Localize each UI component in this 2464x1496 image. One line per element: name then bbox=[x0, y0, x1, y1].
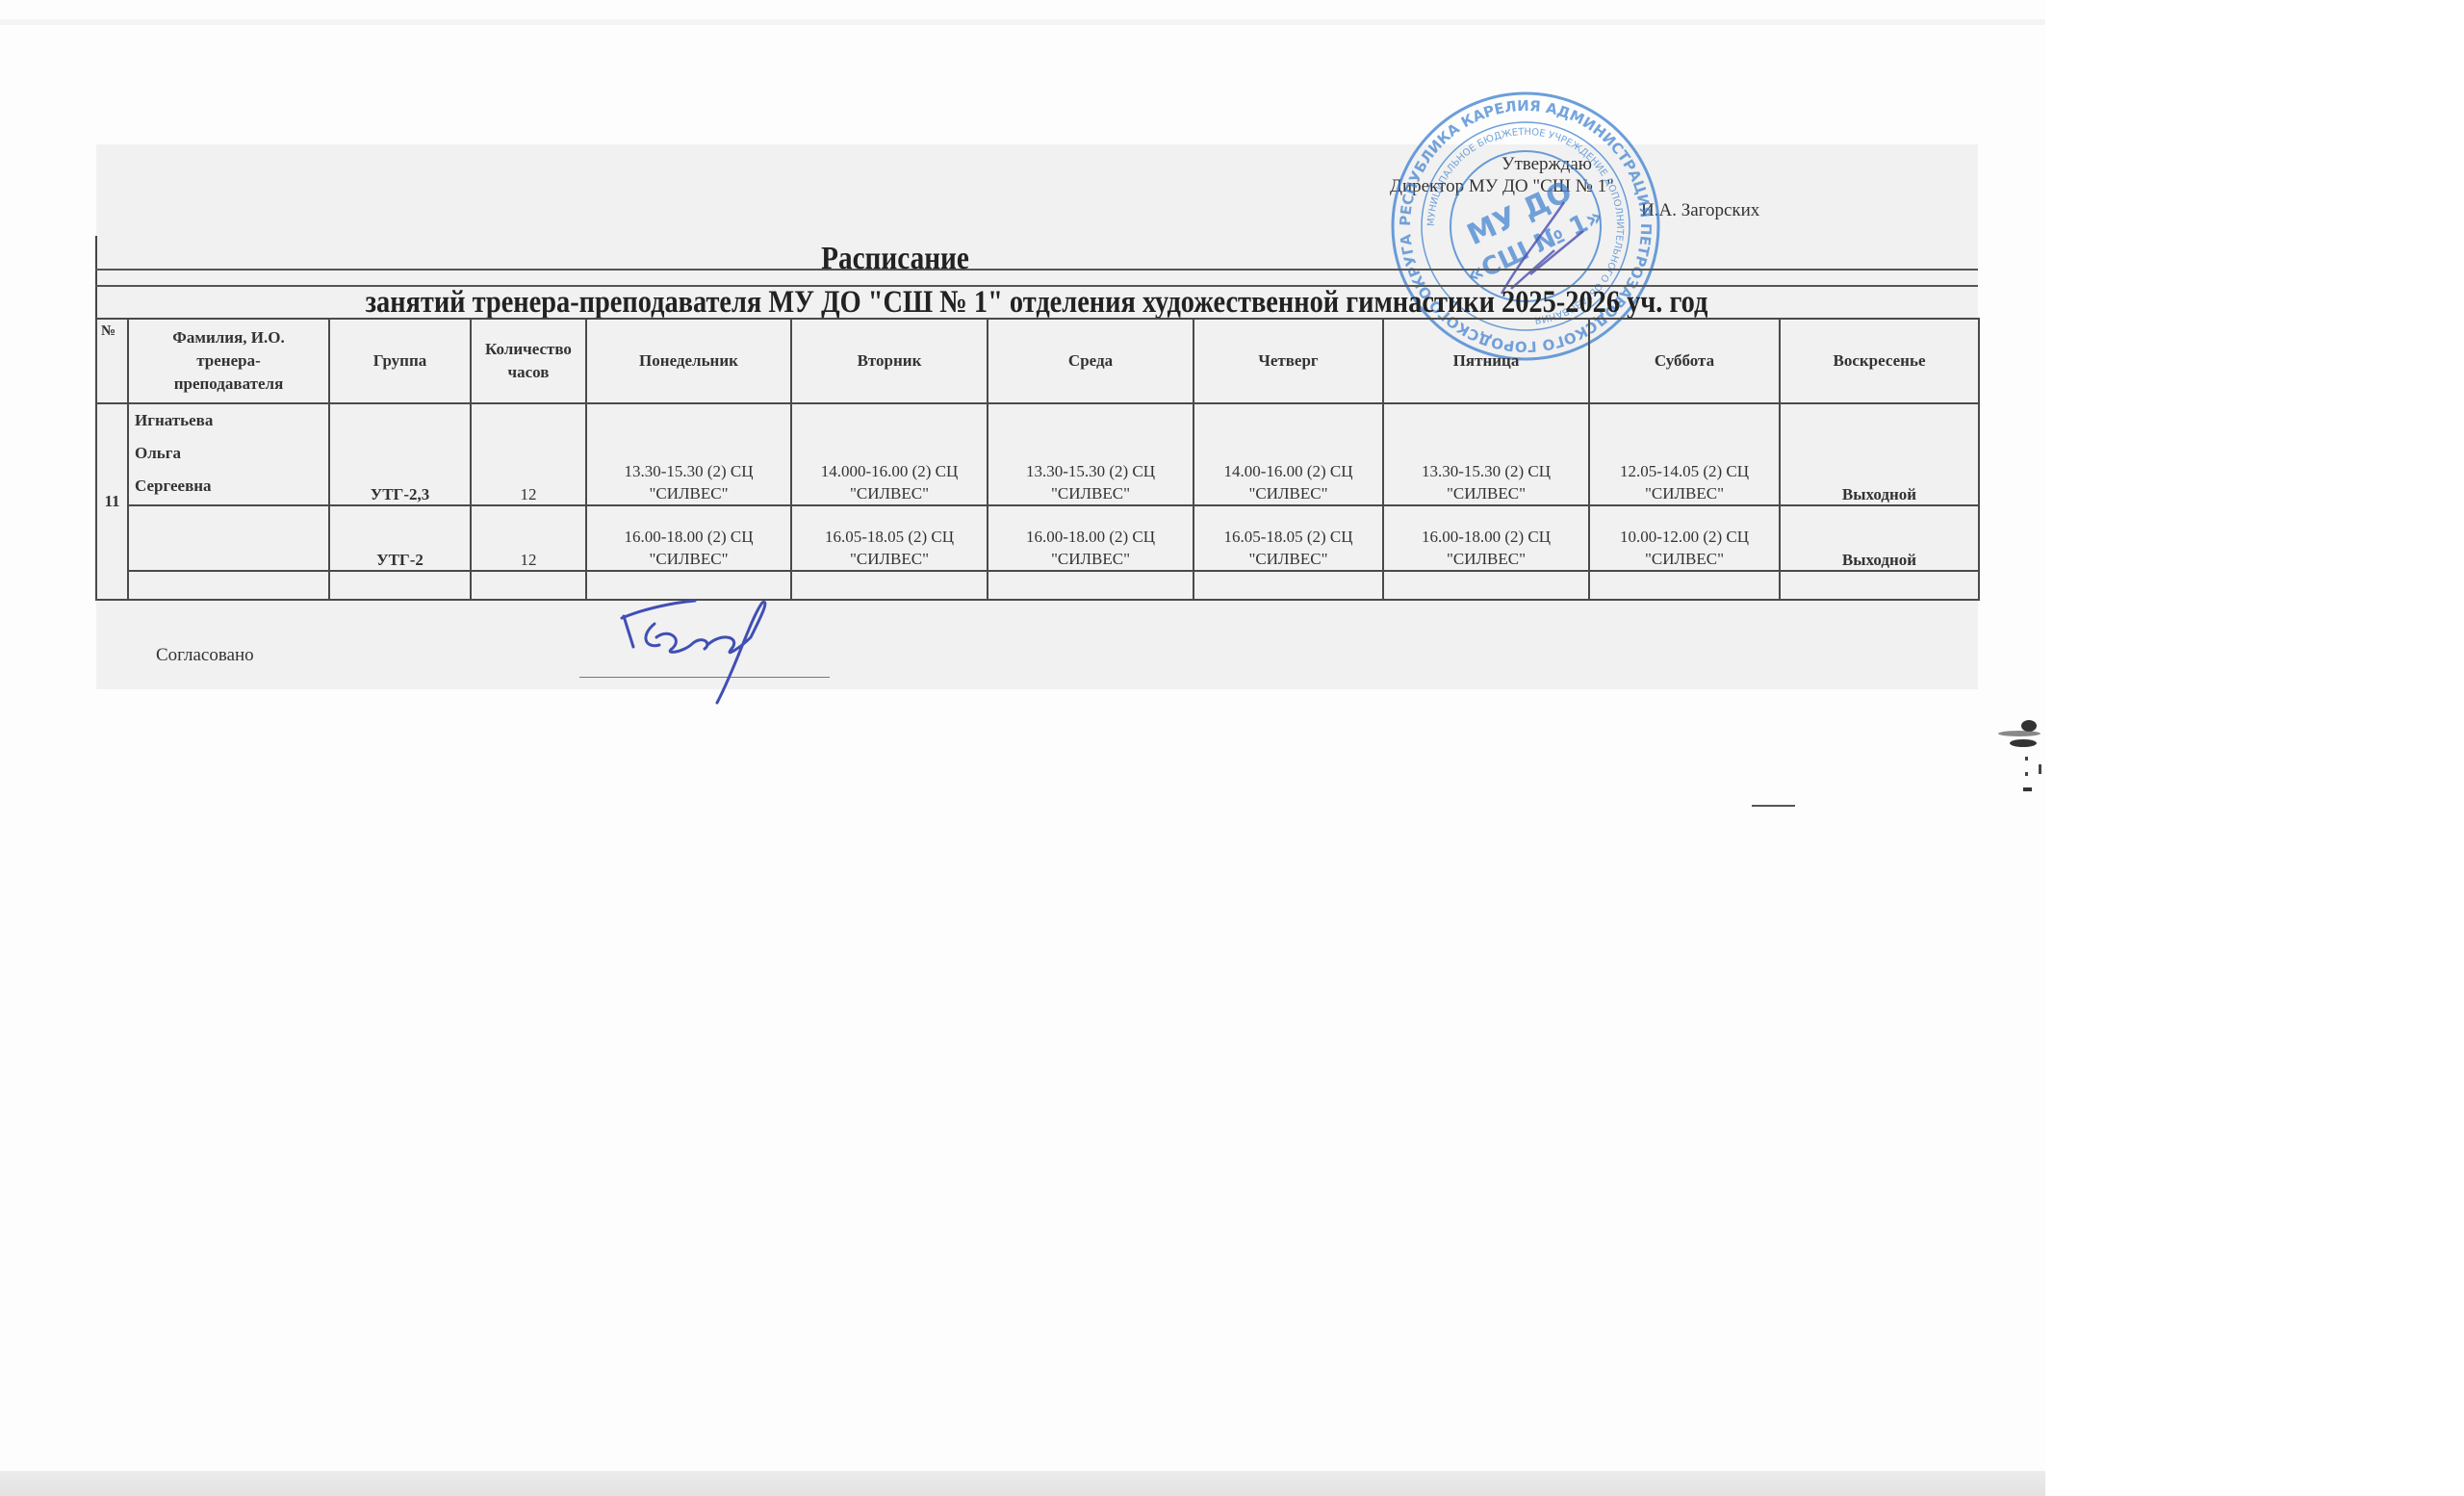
empty-cell bbox=[791, 571, 988, 600]
empty-cell bbox=[329, 571, 471, 600]
header-monday: Понедельник bbox=[586, 319, 791, 403]
empty-cell bbox=[471, 571, 586, 600]
slot-time: 16.05-18.05 (2) СЦ bbox=[1194, 526, 1382, 548]
document-subtitle: занятий тренера-преподавателя МУ ДО "СШ … bbox=[227, 285, 1846, 321]
header-name-line: Фамилия, И.О. bbox=[129, 326, 328, 349]
scan-edge-bottom bbox=[0, 1471, 2045, 1496]
slot-time: 14.000-16.00 (2) СЦ bbox=[792, 460, 987, 482]
document-title: Расписание bbox=[208, 241, 1582, 277]
empty-cell bbox=[1589, 571, 1780, 600]
slot-venue: "СИЛВЕС" bbox=[1384, 482, 1588, 504]
slot-saturday: 12.05-14.05 (2) СЦ"СИЛВЕС" bbox=[1589, 403, 1780, 505]
slot-time: 13.30-15.30 (2) СЦ bbox=[587, 460, 790, 482]
subtitle-row: занятий тренера-преподавателя МУ ДО "СШ … bbox=[95, 285, 1978, 320]
table-row-empty bbox=[96, 571, 1979, 600]
header-trainer-name: Фамилия, И.О. тренера- преподавателя bbox=[128, 319, 329, 403]
header-hours: Количество часов bbox=[471, 319, 586, 403]
table-row: УТГ-2 12 16.00-18.00 (2) СЦ"СИЛВЕС" 16.0… bbox=[96, 505, 1979, 571]
slot-wednesday: 13.30-15.30 (2) СЦ"СИЛВЕС" bbox=[988, 403, 1193, 505]
empty-cell bbox=[128, 571, 329, 600]
trainer-name: Игнатьева Ольга Сергеевна bbox=[128, 403, 329, 505]
hours-cell: 12 bbox=[471, 403, 586, 505]
slot-saturday: 10.00-12.00 (2) СЦ"СИЛВЕС" bbox=[1589, 505, 1780, 571]
empty-cell bbox=[988, 571, 1193, 600]
trainer-patronymic: Сергеевна bbox=[135, 470, 328, 503]
trainer-name-empty bbox=[128, 505, 329, 571]
slot-sunday: Выходной bbox=[1780, 505, 1979, 571]
slot-venue: "СИЛВЕС" bbox=[1384, 548, 1588, 570]
header-number: № bbox=[96, 319, 128, 403]
slot-venue: "СИЛВЕС" bbox=[988, 548, 1193, 570]
scan-artifact-dash bbox=[1752, 805, 1795, 807]
slot-venue: "СИЛВЕС" bbox=[587, 482, 790, 504]
slot-monday: 13.30-15.30 (2) СЦ"СИЛВЕС" bbox=[586, 403, 791, 505]
trainer-number: 11 bbox=[96, 403, 128, 600]
slot-time: 13.30-15.30 (2) СЦ bbox=[988, 460, 1193, 482]
header-friday: Пятница bbox=[1383, 319, 1589, 403]
header-tuesday: Вторник bbox=[791, 319, 988, 403]
header-wednesday: Среда bbox=[988, 319, 1193, 403]
slot-friday: 16.00-18.00 (2) СЦ"СИЛВЕС" bbox=[1383, 505, 1589, 571]
slot-venue: "СИЛВЕС" bbox=[1590, 482, 1779, 504]
slot-tuesday: 16.05-18.05 (2) СЦ"СИЛВЕС" bbox=[791, 505, 988, 571]
slot-venue: "СИЛВЕС" bbox=[792, 548, 987, 570]
scan-edge-top bbox=[0, 19, 2045, 25]
empty-cell bbox=[1780, 571, 1979, 600]
slot-venue: "СИЛВЕС" bbox=[587, 548, 790, 570]
hours-cell: 12 bbox=[471, 505, 586, 571]
slot-time: 10.00-12.00 (2) СЦ bbox=[1590, 526, 1779, 548]
slot-venue: "СИЛВЕС" bbox=[1590, 548, 1779, 570]
slot-venue: "СИЛВЕС" bbox=[1194, 482, 1382, 504]
slot-time: 16.00-18.00 (2) СЦ bbox=[988, 526, 1193, 548]
slot-time: 16.00-18.00 (2) СЦ bbox=[1384, 526, 1588, 548]
header-saturday: Суббота bbox=[1589, 319, 1780, 403]
header-name-line: преподавателя bbox=[129, 373, 328, 396]
header-sunday: Воскресенье bbox=[1780, 319, 1979, 403]
handwritten-signature-icon bbox=[616, 589, 808, 705]
header-name-line: тренера- bbox=[129, 349, 328, 373]
slot-venue: "СИЛВЕС" bbox=[1194, 548, 1382, 570]
slot-thursday: 16.05-18.05 (2) СЦ"СИЛВЕС" bbox=[1193, 505, 1383, 571]
slot-venue: "СИЛВЕС" bbox=[988, 482, 1193, 504]
slot-friday: 13.30-15.30 (2) СЦ"СИЛВЕС" bbox=[1383, 403, 1589, 505]
slot-time: 13.30-15.30 (2) СЦ bbox=[1384, 460, 1588, 482]
table-row: 11 Игнатьева Ольга Сергеевна УТГ-2,3 12 … bbox=[96, 403, 1979, 505]
header-hours-line: часов bbox=[472, 361, 585, 384]
header-row: № Фамилия, И.О. тренера- преподавателя Г… bbox=[96, 319, 1979, 403]
header-group: Группа bbox=[329, 319, 471, 403]
empty-cell bbox=[1383, 571, 1589, 600]
slot-time: 12.05-14.05 (2) СЦ bbox=[1590, 460, 1779, 482]
slot-venue: "СИЛВЕС" bbox=[792, 482, 987, 504]
slot-tuesday: 14.000-16.00 (2) СЦ"СИЛВЕС" bbox=[791, 403, 988, 505]
slot-time: 16.05-18.05 (2) СЦ bbox=[792, 526, 987, 548]
slot-time: 14.00-16.00 (2) СЦ bbox=[1194, 460, 1382, 482]
scanned-page: Утверждаю Директор МУ ДО "СШ № 1" И.А. З… bbox=[0, 0, 2045, 1496]
slot-monday: 16.00-18.00 (2) СЦ"СИЛВЕС" bbox=[586, 505, 791, 571]
slot-wednesday: 16.00-18.00 (2) СЦ"СИЛВЕС" bbox=[988, 505, 1193, 571]
header-hours-line: Количество bbox=[472, 338, 585, 361]
slot-thursday: 14.00-16.00 (2) СЦ"СИЛВЕС" bbox=[1193, 403, 1383, 505]
header-thursday: Четверг bbox=[1193, 319, 1383, 403]
empty-cell bbox=[1193, 571, 1383, 600]
slot-time: 16.00-18.00 (2) СЦ bbox=[587, 526, 790, 548]
schedule-table: № Фамилия, И.О. тренера- преподавателя Г… bbox=[95, 318, 1980, 601]
slot-sunday: Выходной bbox=[1780, 403, 1979, 505]
trainer-first-name: Ольга bbox=[135, 437, 328, 470]
scan-artifact-icon bbox=[1983, 712, 2050, 799]
group-cell: УТГ-2 bbox=[329, 505, 471, 571]
group-cell: УТГ-2,3 bbox=[329, 403, 471, 505]
trainer-surname: Игнатьева bbox=[135, 404, 328, 437]
agreed-label: Согласовано bbox=[156, 645, 254, 666]
